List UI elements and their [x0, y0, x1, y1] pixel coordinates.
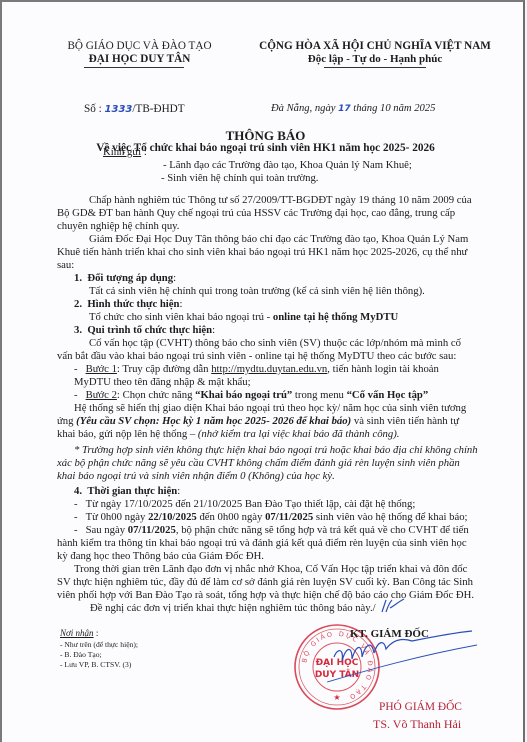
- section-heading-text: Qui trình tổ chức thực hiện: [87, 324, 212, 336]
- handwritten-signature-icon: [322, 627, 482, 687]
- section-2-bold: online tại hệ thống MyDTU: [273, 311, 398, 323]
- document-subtitle: Về việc Tổ chức khai báo ngoại trú sinh …: [2, 142, 527, 154]
- section-4-heading: 4. Thời gian thực hiện:: [74, 485, 180, 498]
- step-2-pre: : Chọn chức năng: [117, 389, 195, 401]
- section-1-text: Tất cả sinh viên hệ chính qui trong toàn…: [89, 285, 425, 298]
- step-1-cont: MyDTU theo tên đăng nhập & mật khẩu;: [74, 376, 251, 389]
- paragraph-2-line: sau:: [57, 259, 74, 272]
- university-name: ĐẠI HỌC DUY TÂN: [52, 53, 227, 66]
- paragraph-1-line: chuyên nghiệp hệ chính quy.: [57, 220, 179, 233]
- section-number: 1.: [74, 272, 82, 284]
- step-2: - Bước 2: Chọn chức năng “Khai báo ngoại…: [74, 389, 428, 402]
- section-heading-text: Đối tượng áp dụng: [87, 272, 173, 284]
- step-2-menu: “Cố vấn Học tập”: [347, 389, 429, 401]
- header-left-rule: [84, 67, 184, 68]
- step-2-mid: trong menu: [292, 389, 346, 401]
- national-motto: Độc lập - Tự do - Hạnh phúc: [230, 53, 520, 66]
- header-right-rule: [324, 67, 426, 68]
- mydtu-link[interactable]: http://mydtu.duytan.edu.vn: [211, 363, 327, 375]
- section-1-heading: 1. Đối tượng áp dụng:: [74, 272, 176, 285]
- timeline-text: đến 0h00 ngày: [197, 511, 265, 523]
- timeline-text: Từ 0h00 ngày: [86, 511, 149, 523]
- number-prefix: Số :: [84, 103, 105, 115]
- handwritten-number: 1333: [105, 104, 133, 115]
- timeline-text: sinh viên vào hệ thống để khai báo;: [313, 511, 467, 523]
- step-1: - Bước 1: Truy cập đường dẫn http://mydt…: [74, 363, 439, 376]
- signer-name: TS. Võ Thanh Hải: [373, 717, 461, 732]
- timeline-item: - Từ 0h00 ngày 22/10/2025 đến 0h00 ngày …: [74, 511, 468, 524]
- recipient-item: - Sinh viên hệ chính qui toàn trường.: [161, 172, 318, 185]
- timeline-item: - Từ ngày 17/10/2025 đến 21/10/2025 Ban …: [74, 498, 415, 511]
- system-line-post: và sinh viên tiến hành tự: [351, 415, 459, 427]
- initials-mark-icon: [378, 596, 406, 616]
- timeline-item: - Sau ngày 07/11/2025, bộ phận chức năng…: [74, 524, 469, 537]
- document-page: BỘ GIÁO DỤC VÀ ĐÀO TẠO ĐẠI HỌC DUY TÂN C…: [0, 0, 525, 742]
- system-line: ứng (Yêu cầu SV chọn: Học kỳ 1 năm học 2…: [57, 415, 459, 428]
- section-3-intro: Cố vấn học tập (CVHT) thông báo cho sinh…: [89, 337, 461, 350]
- signer-position: PHÓ GIÁM ĐỐC: [379, 701, 462, 713]
- country-name: CỘNG HÒA XÃ HỘI CHỦ NGHĨA VIỆT NAM: [230, 40, 520, 53]
- system-line-pre: ứng: [57, 415, 76, 427]
- number-suffix: /TB-ĐHDT: [132, 103, 184, 115]
- system-line-italic: (nhớ kiểm tra lại việc khai báo đã thành…: [198, 428, 400, 440]
- section-heading-text: Thời gian thực hiện: [87, 485, 177, 497]
- distribution-label: Nơi nhận :: [60, 629, 98, 639]
- closing-line: Đề nghị các đơn vị triển khai thực hiện …: [90, 602, 376, 615]
- date-suffix: tháng 10 năm 2025: [351, 103, 436, 114]
- distribution-colon: :: [94, 628, 99, 638]
- timeline-text: Từ ngày 17/10/2025 đến 21/10/2025 Ban Đà…: [86, 498, 416, 510]
- timeline-cont: kỳ đang học theo Thông báo của Giám Đốc …: [57, 550, 264, 563]
- section-2-text: Tổ chức cho sinh viên khai báo ngoại trú…: [89, 311, 398, 324]
- document-number: Số : 1333/TB-ĐHDT: [84, 103, 185, 115]
- distribution-item: - Lưu VP, B. CTSV. (3): [60, 660, 131, 670]
- section-3-intro: vấn bắt đầu vào khai báo ngoại trú sinh …: [57, 350, 456, 363]
- ministry-name: BỘ GIÁO DỤC VÀ ĐÀO TẠO: [52, 40, 227, 53]
- note-line: xác bộ phận chức năng sẽ yêu cầu CVHT kh…: [57, 457, 460, 470]
- document-date: Đà Nẵng, ngày 17 tháng 10 năm 2025: [271, 103, 435, 114]
- date-prefix: Đà Nẵng, ngày: [271, 103, 338, 114]
- system-line-pre: khai báo, gửi nộp lên hệ thống –: [57, 428, 198, 440]
- section-3-heading: 3. Qui trình tổ chức thực hiện:: [74, 324, 215, 337]
- svg-text:★: ★: [333, 693, 340, 702]
- timeline-text: , bộ phận chức năng sẽ tổng hợp và trả k…: [176, 524, 469, 536]
- recipients-label-text: Kính gửi: [103, 146, 141, 158]
- section-2-heading: 2. Hình thức thực hiện:: [74, 298, 182, 311]
- timeline-date: 07/11/2025: [265, 511, 313, 523]
- distribution-label-text: Nơi nhận: [60, 628, 94, 638]
- paragraph-1-line: Bộ GD& ĐT ban hành Quy chế ngoại trú của…: [57, 207, 455, 220]
- step-1-pre: : Truy cập đường dẫn: [117, 363, 211, 375]
- section-number: 4.: [74, 485, 82, 497]
- closing-line: viên phối hợp với Ban Đào Tạo rà soát, t…: [57, 589, 474, 602]
- section-2-plain: Tổ chức cho sinh viên khai báo ngoại trú…: [89, 311, 273, 323]
- step-1-post: , tiến hành login tài khoản: [327, 363, 439, 375]
- recipients-label: Kính gửi :: [103, 146, 147, 159]
- section-number: 2.: [74, 298, 82, 310]
- paragraph-2-line: Khuê tiến hành triển khai cho sinh viên …: [57, 246, 467, 259]
- step-2-label: Bước 2: [86, 389, 117, 401]
- distribution-item: - B. Đào Tạo;: [60, 650, 102, 660]
- recipients-colon: :: [141, 146, 147, 158]
- system-line-emphasis: (Yêu cầu SV chọn: Học kỳ 1 năm học 2025-…: [76, 415, 351, 427]
- system-line: khai báo, gửi nộp lên hệ thống – (nhớ ki…: [57, 428, 399, 441]
- note-line: khai báo ngoại trú và sinh viên nhận điể…: [57, 470, 335, 483]
- recipient-item: - Lãnh đạo các Trường đào tạo, Khoa Quản…: [163, 159, 412, 172]
- paragraph-1-line: Chấp hành nghiêm túc Thông tư số 27/2009…: [89, 194, 472, 207]
- handwritten-day: 17: [338, 104, 351, 114]
- section-heading-text: Hình thức thực hiện: [87, 298, 179, 310]
- step-2-function: “Khai báo ngoại trú”: [195, 389, 292, 401]
- system-line: Hệ thống sẽ hiển thị giao diện Khai báo …: [74, 402, 466, 415]
- closing-line: Trong thời gian trên Lãnh đạo đơn vị nhắ…: [74, 563, 467, 576]
- timeline-date: 07/11/2025: [128, 524, 176, 536]
- paragraph-2-line: Giám Đốc Đại Học Duy Tân thông báo chỉ đ…: [89, 233, 468, 246]
- closing-line: SV thực hiện nghiêm túc, đầy đủ để làm c…: [57, 576, 473, 589]
- note-line: * Trường hợp sinh viên không thực hiện k…: [74, 444, 478, 457]
- timeline-text: Sau ngày: [86, 524, 128, 536]
- section-number: 3.: [74, 324, 82, 336]
- timeline-cont: hành kiểm tra thông tin khai báo ngoại t…: [57, 537, 467, 550]
- timeline-date: 22/10/2025: [148, 511, 197, 523]
- distribution-item: - Như trên (để thực hiện);: [60, 640, 138, 650]
- step-1-label: Bước 1: [86, 363, 117, 375]
